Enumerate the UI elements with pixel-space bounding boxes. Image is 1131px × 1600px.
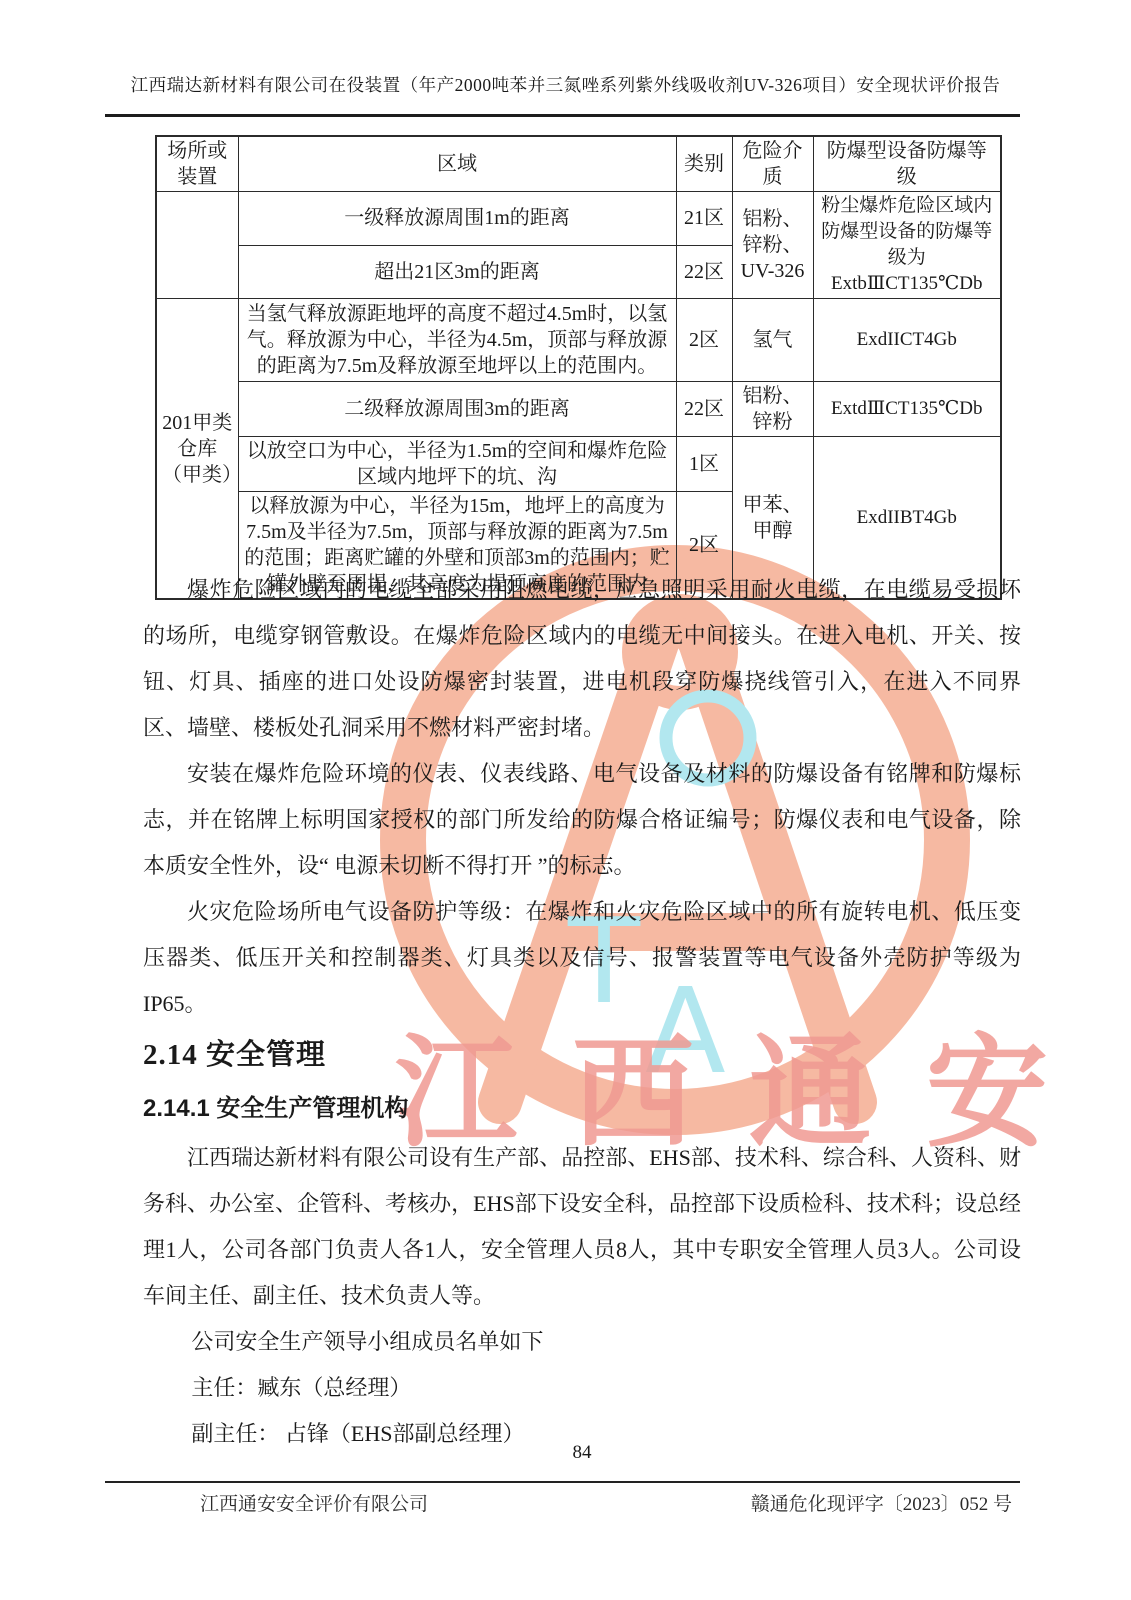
section-heading-2-14: 2.14 安全管理 — [143, 1027, 1021, 1083]
explosion-zone-table: 场所或装置 区域 类别 危险介质 防爆型设备防爆等级 一级释放源周围1m的距离 … — [155, 135, 1002, 600]
page-footer: 江西通安安全评价有限公司 赣通危化现评字〔2023〕052 号 — [200, 1489, 1012, 1516]
cell-medium: 铝粉、锌粉 — [732, 382, 813, 437]
paragraph-cables: 爆炸危险区域内的电缆全部采用阻燃电缆，应急照明采用耐火电缆，在电缆易受损坏的场所… — [143, 567, 1021, 751]
header-rule — [105, 114, 1020, 117]
footer-company: 江西通安安全评价有限公司 — [200, 1489, 428, 1516]
col-header-medium: 危险介质 — [732, 136, 813, 192]
cell-area: 以放空口为中心，半径为1.5m的空间和爆炸危险区域内地坪下的坑、沟 — [238, 437, 676, 492]
table-row: 201甲类仓库（甲类） 当氢气释放源距地坪的高度不超过4.5m时，以氢气。释放源… — [156, 299, 1001, 382]
paragraph-protection-grade: 火灾危险场所电气设备防护等级：在爆炸和火灾危险区域中的所有旋转电机、低压变压器类… — [143, 889, 1021, 1027]
table-row: 二级释放源周围3m的距离 22区 铝粉、锌粉 ExtdⅢCT135℃Db — [156, 382, 1001, 437]
table-row: 一级释放源周围1m的距离 21区 铝粉、锌粉、UV-326 粉尘爆炸危险区域内防… — [156, 192, 1001, 246]
cell-rating-dust: 粉尘爆炸危险区域内防爆型设备的防爆等级为ExtbⅢCT135℃Db — [813, 192, 1001, 299]
col-header-place: 场所或装置 — [156, 136, 238, 192]
footer-rule — [105, 1481, 1020, 1483]
cell-area: 一级释放源周围1m的距离 — [238, 192, 676, 246]
cell-zone: 22区 — [676, 382, 732, 437]
subsection-heading-2-14-1: 2.14.1 安全生产管理机构 — [143, 1083, 1021, 1135]
cell-zone: 2区 — [676, 299, 732, 382]
cell-area: 当氢气释放源距地坪的高度不超过4.5m时，以氢气。释放源为中心，半径为4.5m，… — [238, 299, 676, 382]
cell-place-empty — [156, 192, 238, 299]
col-header-area: 区域 — [238, 136, 676, 192]
cell-area: 二级释放源周围3m的距离 — [238, 382, 676, 437]
body-text: 爆炸危险区域内的电缆全部采用阻燃电缆，应急照明采用耐火电缆，在电缆易受损坏的场所… — [143, 567, 1021, 1457]
header-title: 江西瑞达新材料有限公司在役装置（年产2000吨苯并三氮唑系列紫外线吸收剂UV-3… — [0, 72, 1131, 97]
cell-medium: 氢气 — [732, 299, 813, 382]
col-header-rating: 防爆型设备防爆等级 — [813, 136, 1001, 192]
line-director: 主任：臧东（总经理） — [143, 1365, 1021, 1411]
cell-medium-dust: 铝粉、锌粉、UV-326 — [732, 192, 813, 299]
cell-area: 超出21区3m的距离 — [238, 245, 676, 299]
table-row: 以放空口为中心，半径为1.5m的空间和爆炸危险区域内地坪下的坑、沟 1区 甲苯、… — [156, 437, 1001, 492]
cell-zone: 22区 — [676, 245, 732, 299]
cell-zone: 21区 — [676, 192, 732, 246]
cell-place-warehouse: 201甲类仓库（甲类） — [156, 299, 238, 600]
cell-rating: ExdIICT4Gb — [813, 299, 1001, 382]
paragraph-organization: 江西瑞达新材料有限公司设有生产部、品控部、EHS部、技术科、综合科、人资科、财务… — [143, 1135, 1021, 1319]
cell-zone: 1区 — [676, 437, 732, 492]
paragraph-leadership-intro: 公司安全生产领导小组成员名单如下 — [143, 1319, 1021, 1365]
document-page: T A 江西通安 江西瑞达新材料有限公司在役装置（年产2000吨苯并三氮唑系列紫… — [0, 0, 1131, 1600]
paragraph-nameplates: 安装在爆炸危险环境的仪表、仪表线路、电气设备及材料的防爆设备有铭牌和防爆标志，并… — [143, 751, 1021, 889]
table-header-row: 场所或装置 区域 类别 危险介质 防爆型设备防爆等级 — [156, 136, 1001, 192]
cell-rating: ExtdⅢCT135℃Db — [813, 382, 1001, 437]
footer-doc-number: 赣通危化现评字〔2023〕052 号 — [751, 1489, 1012, 1516]
page-number: 84 — [143, 1442, 1021, 1464]
col-header-zone: 类别 — [676, 136, 732, 192]
